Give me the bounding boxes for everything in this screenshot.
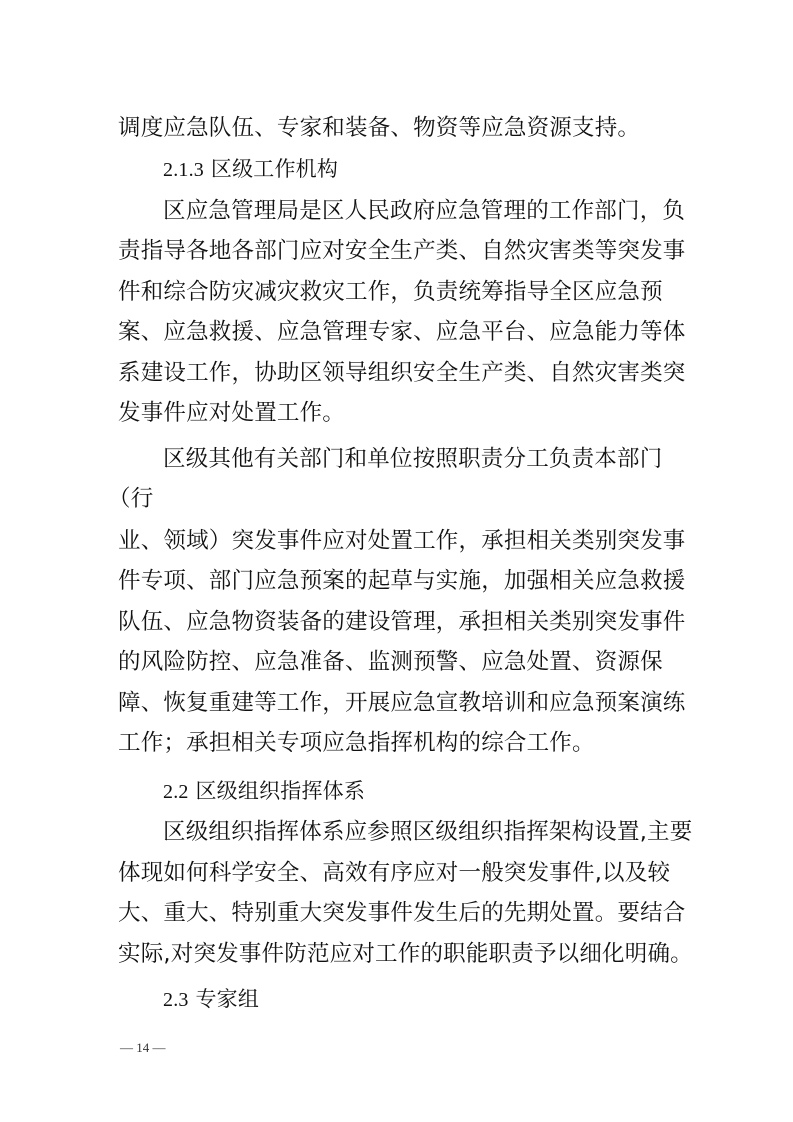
body-text-line: 队伍、应急物资装备的建设管理，承担相关类别突发事件 xyxy=(118,607,678,637)
body-text-line: 区应急管理局是区人民政府应急管理的工作部门，负 xyxy=(163,196,723,226)
heading-number: 2.2 xyxy=(163,781,189,803)
document-page: 调度应急队伍、专家和装备、物资等应急资源支持。 2.1.3 区级工作机构 区应急… xyxy=(0,0,793,1122)
heading-number: 2.1.3 xyxy=(163,159,204,181)
heading-text: 区级工作机构 xyxy=(204,157,338,181)
body-text-line: 的风险防控、应急准备、监测预警、应急处置、资源保 xyxy=(118,647,678,677)
section-heading-2-1-3: 2.1.3 区级工作机构 xyxy=(163,154,723,185)
section-heading-2-3: 2.3 专家组 xyxy=(163,984,723,1015)
body-text-line: 体现如何科学安全、高效有序应对一般突发事件,以及较 xyxy=(118,858,678,888)
body-text-line: 调度应急队伍、专家和装备、物资等应急资源支持。 xyxy=(118,113,678,143)
body-text-line: 系建设工作，协助区领导组织安全生产类、自然灾害类突 xyxy=(118,358,678,388)
body-text-line: 件专项、部门应急预案的起草与实施，加强相关应急救援 xyxy=(118,566,678,596)
page-number: — 14 — xyxy=(120,1040,166,1056)
heading-text: 区级组织指挥体系 xyxy=(189,779,365,803)
body-text-line: 障、恢复重建等工作，开展应急宣教培训和应急预案演练 xyxy=(118,688,678,718)
body-text-line: 业、领域）突发事件应对处置工作，承担相关类别突发事 xyxy=(118,526,678,556)
body-text-line: 案、应急救援、应急管理专家、应急平台、应急能力等体 xyxy=(118,317,678,347)
body-text-line: （行 xyxy=(108,484,668,514)
heading-number: 2.3 xyxy=(163,989,189,1011)
body-text-line: 责指导各地各部门应对安全生产类、自然灾害类等突发事 xyxy=(118,236,678,266)
heading-text: 专家组 xyxy=(189,987,259,1011)
body-text-line: 实际,对突发事件防范应对工作的职能职责予以细化明确。 xyxy=(118,939,678,969)
body-text-line: 大、重大、特别重大突发事件发生后的先期处置。要结合 xyxy=(118,898,678,928)
section-heading-2-2: 2.2 区级组织指挥体系 xyxy=(163,776,723,807)
body-text-line: 件和综合防灾减灾救灾工作，负责统筹指导全区应急预 xyxy=(118,277,678,307)
body-text-line: 发事件应对处置工作。 xyxy=(118,398,678,428)
body-text-line: 区级其他有关部门和单位按照职责分工负责本部门 xyxy=(163,444,723,474)
body-text-line: 工作；承担相关专项应急指挥机构的综合工作。 xyxy=(118,728,678,758)
body-text-line: 区级组织指挥体系应参照区级组织指挥架构设置,主要 xyxy=(163,817,723,847)
